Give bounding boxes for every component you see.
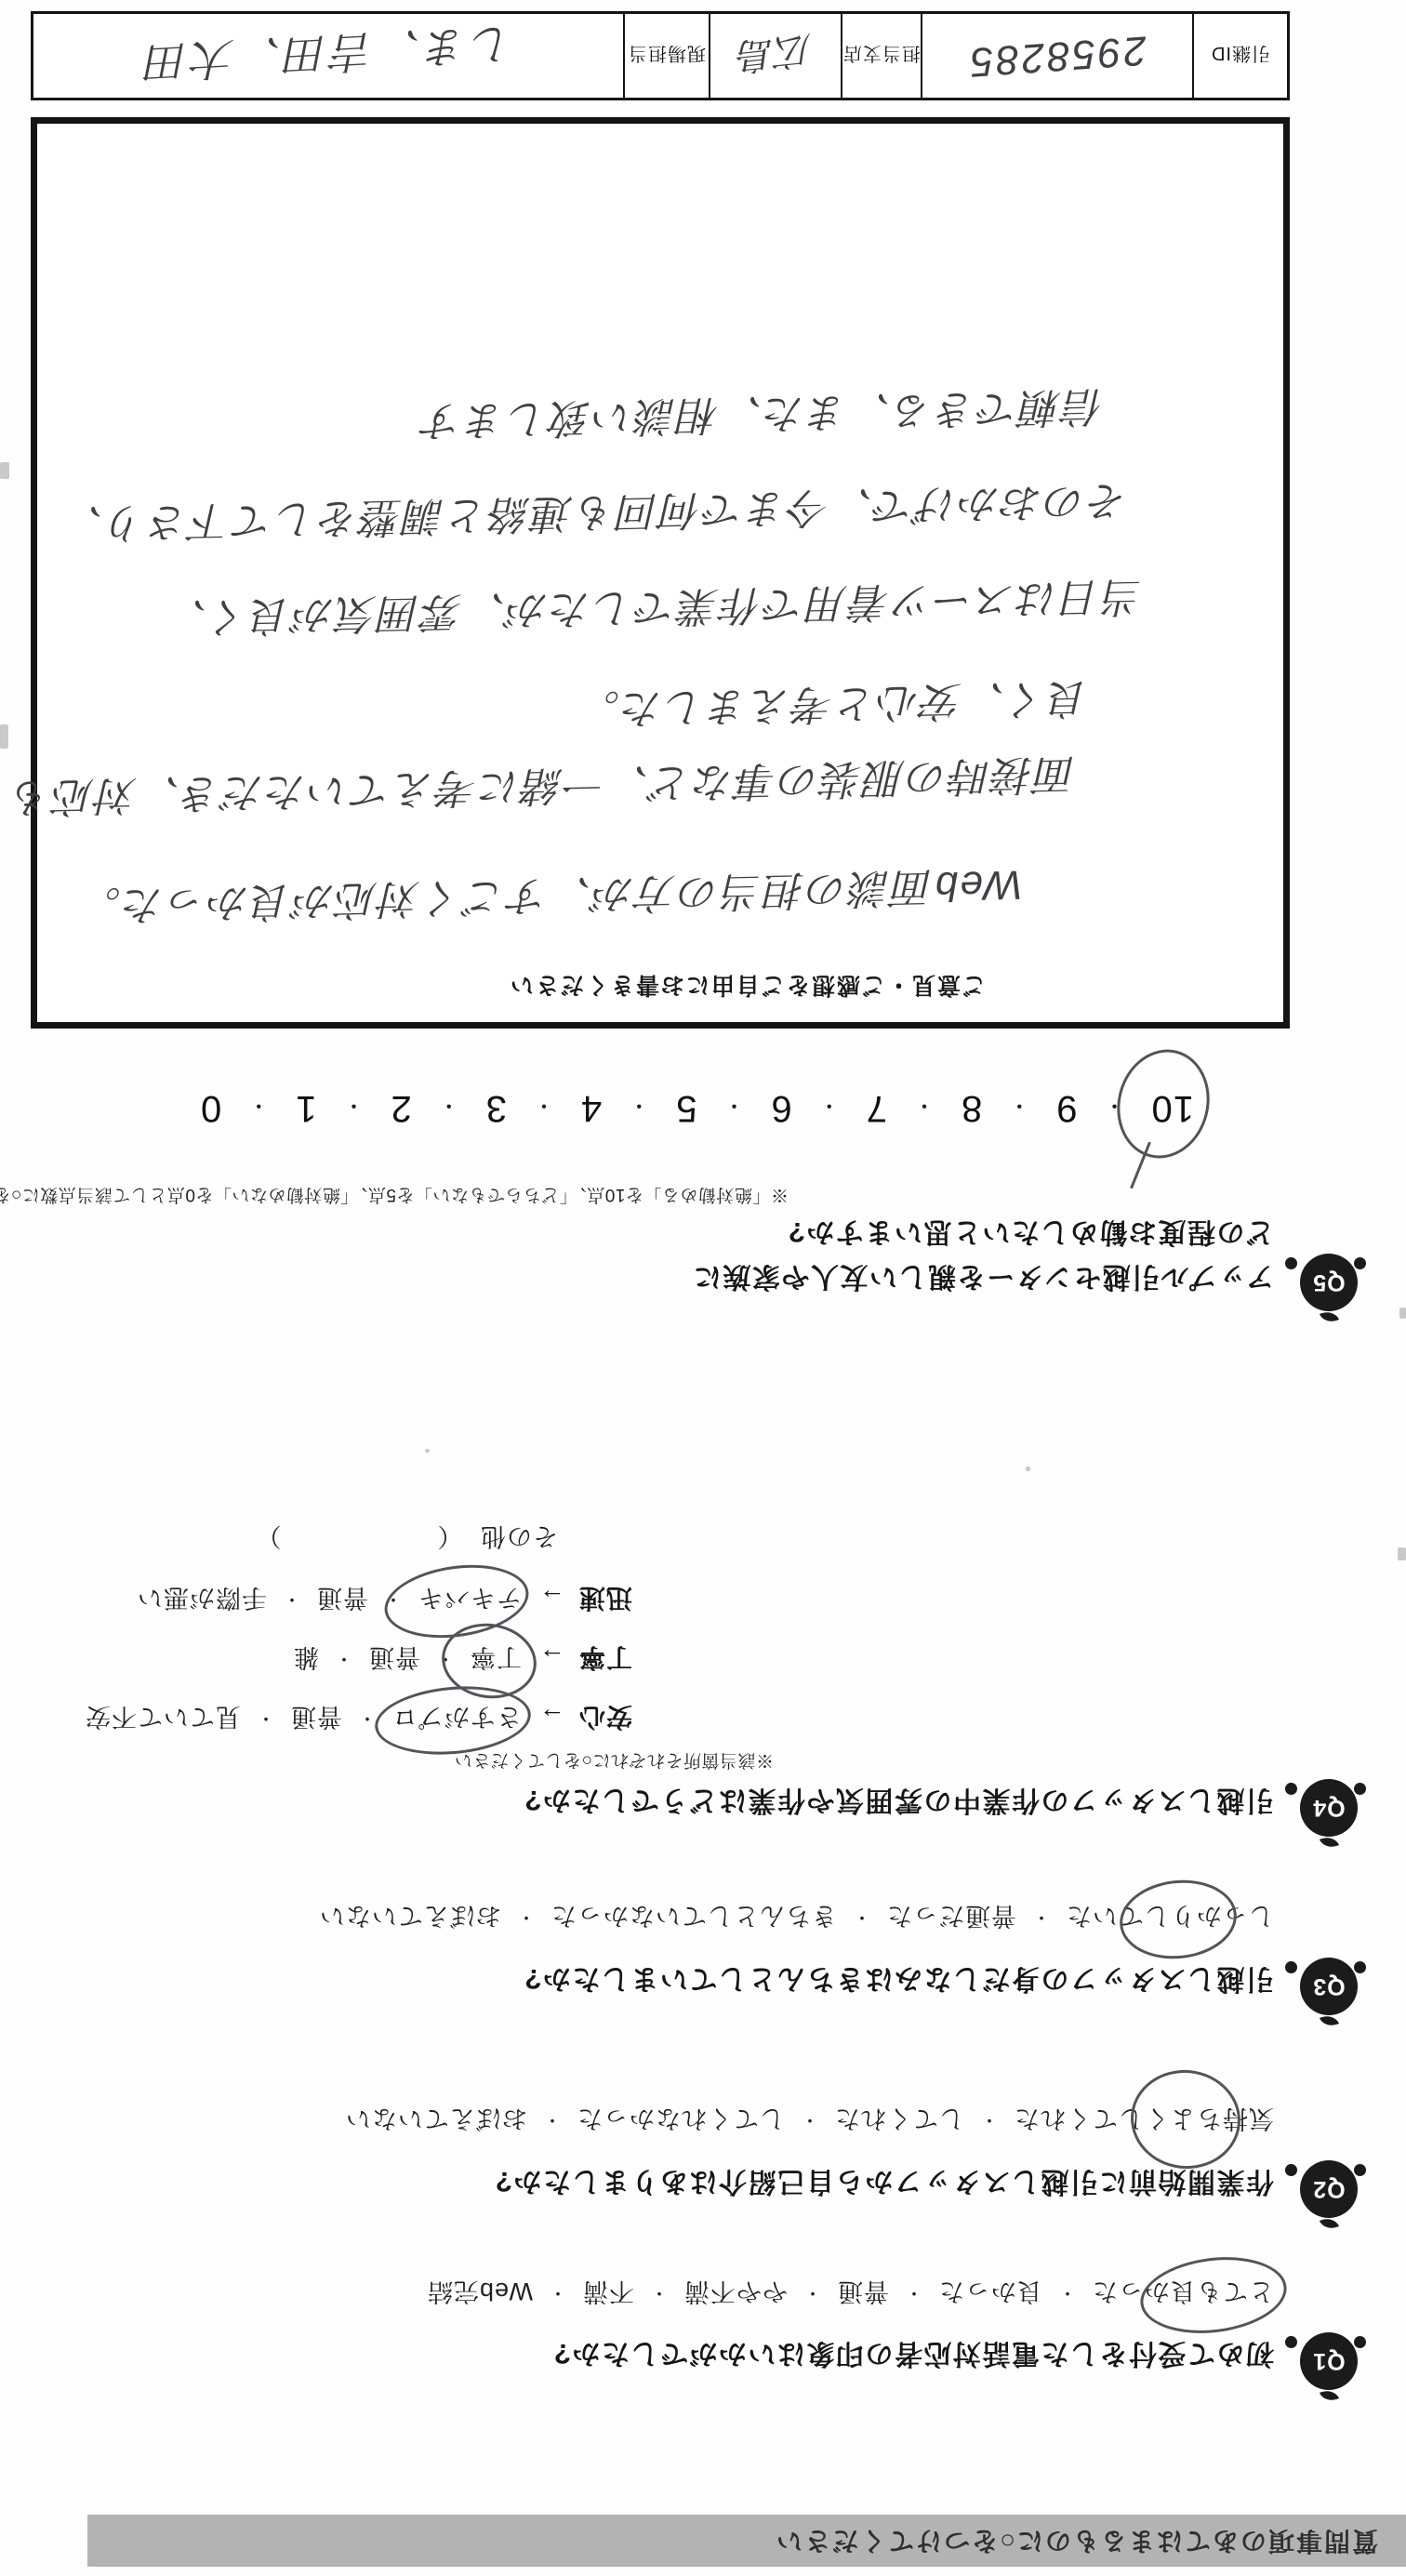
nps-value-1: 1 xyxy=(295,1087,316,1129)
q4-anshin-option-fuan: 見ていて不安 xyxy=(85,1701,241,1737)
q4-anshin-option-label: さすがプロ xyxy=(391,1703,522,1731)
scan-speck xyxy=(1026,1467,1030,1471)
nps-footnote: ※「絶対勧める」を10点、「どちらでもない」を5点、「絶対勧めない」を0点として… xyxy=(0,1184,789,1209)
comment-box: ご意見・ご感想をご自由にお書きください Web面談の担当の方が、すごく対応が良か… xyxy=(31,117,1290,1029)
scan-smudge xyxy=(0,462,9,479)
q4-other-paren-close: ） xyxy=(255,1522,281,1550)
q4-badge-label: Q4 xyxy=(1312,1795,1345,1822)
q2-option-shitekureta: してくれた xyxy=(834,2103,964,2139)
q1-option-fuman: 不満 xyxy=(582,2276,634,2312)
q1-option-yaya-fuman: やや不満 xyxy=(683,2276,788,2312)
nps-value-9: 9 xyxy=(1055,1087,1077,1129)
nps-value-0: 0 xyxy=(200,1087,221,1129)
q1-option-yokatta: 良かった xyxy=(938,2276,1042,2312)
q4-row-jinsoku-label: 迅速 xyxy=(578,1584,632,1613)
q1-option-futsuu: 普通 xyxy=(837,2276,889,2312)
branch-handwriting: 広島 xyxy=(736,25,816,86)
q4-other-label: その他 xyxy=(480,1522,558,1550)
q4-row-teinei: 丁寧→ 丁寧・普通・雑 xyxy=(293,1640,632,1678)
nps-scale: 10・9・8・7・6・5・4・3・2・1・0 xyxy=(200,1087,1194,1129)
handwritten-comment-line: 当日はスーツ着用で作業でしたが、雰囲気が良く、 xyxy=(164,570,1144,652)
scan-smudge xyxy=(0,724,8,749)
q4-row-anshin-label: 安心 xyxy=(578,1703,632,1732)
handover-id-label: 引継ID xyxy=(1192,14,1287,98)
q3-options: しっかりしていた・普通だった・きちんとしていなかった・おぼえていない xyxy=(319,1900,1274,1936)
q4-anshin-option-futsuu: 普通 xyxy=(290,1701,342,1737)
q4-teinei-option-zatsu: 雑 xyxy=(293,1641,319,1678)
branch-value: 広島 xyxy=(709,14,841,98)
q1-option-web-kanketsu: Web完結 xyxy=(427,2276,533,2312)
q4-anshin-option-sasuga-pro: さすがプロ xyxy=(391,1701,522,1737)
comment-box-label: ご意見・ご感想をご自由にお書きください xyxy=(509,970,986,1003)
option-separator: ・ xyxy=(548,2282,567,2303)
nps-value-10: 10 xyxy=(1151,1087,1195,1129)
handwritten-comment-line: 面接時の服装の事など、一緒に考えていただき、対応も xyxy=(8,748,1077,831)
instruction-title-bar: 質問事項のあてはまるものに○をつけてください xyxy=(87,2515,1406,2567)
branch-label: 担当支店 xyxy=(841,14,921,98)
q1-badge: Q1 xyxy=(1300,2332,1358,2390)
crew-label: 現場担当 xyxy=(623,14,709,98)
q5-badge: Q5 xyxy=(1300,1254,1358,1311)
nps-value-2: 2 xyxy=(391,1087,412,1129)
q4-teinei-option-teinei: 丁寧 xyxy=(470,1641,522,1678)
q4-jinsoku-option-label: テキパキ xyxy=(418,1584,522,1612)
q5-question-line2: どの程度お勧めしたいと思いますか? xyxy=(787,1215,1274,1255)
nps-separator: ・ xyxy=(532,1092,555,1124)
nps-separator: ・ xyxy=(817,1092,841,1124)
handover-id-value: 2958285 xyxy=(921,14,1192,98)
q2-badge: Q2 xyxy=(1300,2160,1358,2218)
nps-separator: ・ xyxy=(246,1092,270,1124)
q3-badge: Q3 xyxy=(1300,1958,1358,2015)
scan-speck xyxy=(425,1449,430,1453)
nps-value-5: 5 xyxy=(675,1087,696,1129)
handover-info-table: 引継ID 2958285 担当支店 広島 現場担当 しま、吉田、大田 xyxy=(31,11,1290,100)
q4-teinei-option-label: 丁寧 xyxy=(470,1643,522,1671)
crew-value: しま、吉田、大田 xyxy=(33,14,623,98)
q3-option-label: しっかりしていた xyxy=(1066,1902,1274,1930)
q4-jinsoku-option-tekipaki: テキパキ xyxy=(418,1582,522,1618)
handwritten-comment-line: そのおかげで、今まで何回も連絡と調整をして下さり、 xyxy=(60,474,1129,558)
option-separator: ・ xyxy=(1031,1906,1051,1927)
q3-option-kichinto-shiteinakatta: きちんとしていなかった xyxy=(550,1900,837,1936)
option-separator: ・ xyxy=(282,1588,301,1609)
option-separator: ・ xyxy=(800,2109,819,2130)
q4-row-teinei-label: 丁寧 xyxy=(578,1643,632,1672)
nps-value-8: 8 xyxy=(961,1087,982,1129)
q1-badge-label: Q1 xyxy=(1312,2348,1345,2375)
nps-value-7: 7 xyxy=(866,1087,887,1129)
nps-separator: ・ xyxy=(437,1092,460,1124)
q2-options: 気持ちよくしてくれた・してくれた・してくれなかった・おぼえていない xyxy=(345,2103,1274,2139)
scan-smudge xyxy=(1399,1308,1406,1319)
nps-separator: ・ xyxy=(627,1092,650,1124)
q5-badge-label: Q5 xyxy=(1312,1269,1345,1296)
q3-badge-label: Q3 xyxy=(1312,1973,1345,2000)
option-separator: ・ xyxy=(904,2282,923,2303)
q1-options: とても良かった・良かった・普通・やや不満・不満・Web完結 xyxy=(427,2276,1274,2312)
nps-value-6: 6 xyxy=(771,1087,792,1129)
questionnaire-sheet: 質問事項のあてはまるものに○をつけてください Q1 初めて受付をした電話対応者の… xyxy=(0,0,1406,2576)
q1-option-totemo-yokatta: とても良かった xyxy=(1092,2276,1274,2312)
option-separator: ・ xyxy=(334,1648,353,1668)
option-separator: ・ xyxy=(516,1906,536,1927)
q2-option-kimochiyoku: 気持ちよくしてくれた xyxy=(1014,2103,1274,2139)
q4-other-paren-open: （ xyxy=(436,1522,462,1550)
option-separator: ・ xyxy=(542,2109,562,2130)
q1-option-label: とても良かった xyxy=(1092,2277,1274,2305)
handwritten-pen-tail xyxy=(1130,1141,1151,1188)
nps-separator: ・ xyxy=(1103,1092,1126,1124)
option-separator: ・ xyxy=(357,1707,377,1728)
q1-question-text: 初めて受付をした電話対応者の印象はいかがでしたか? xyxy=(552,2336,1274,2377)
arrow-icon: → xyxy=(538,1703,565,1732)
arrow-icon: → xyxy=(538,1584,565,1613)
q2-question-text: 作業開始前に引越しスタッフから自己紹介はありましたか? xyxy=(494,2164,1274,2205)
q2-option-shitekurenakatta: してくれなかった xyxy=(577,2103,785,2139)
q3-option-shikkari: しっかりしていた xyxy=(1066,1900,1274,1936)
crew-handwriting: しま、吉田、大田 xyxy=(141,16,516,97)
option-separator: ・ xyxy=(1057,2282,1077,2303)
q4-row-jinsoku: 迅速→ テキパキ・普通・手際が悪い xyxy=(137,1581,632,1618)
nps-separator: ・ xyxy=(1007,1092,1030,1124)
arrow-icon: → xyxy=(538,1643,565,1672)
option-separator: ・ xyxy=(852,1906,871,1927)
nps-separator: ・ xyxy=(723,1092,746,1124)
q4-jinsoku-option-tegiwa-warui: 手際が悪い xyxy=(137,1582,267,1618)
scan-smudge xyxy=(1398,1547,1406,1560)
q4-row-anshin: 安心→ さすがプロ・普通・見ていて不安 xyxy=(85,1700,632,1737)
handover-id-handwriting: 2958285 xyxy=(966,26,1147,85)
q4-other-row: その他 （ ） xyxy=(255,1520,558,1557)
q4-jinsoku-option-futsuu: 普通 xyxy=(316,1582,368,1618)
q4-question-text: 引越しスタッフの作業中の雰囲気や作業はどうでしたか? xyxy=(524,1783,1274,1824)
nps-value-3: 3 xyxy=(485,1087,507,1129)
q2-option-oboeteinai: おぼえていない xyxy=(345,2103,527,2139)
q3-option-oboeteinai: おぼえていない xyxy=(319,1900,501,1936)
option-separator: ・ xyxy=(649,2282,669,2303)
q4-badge: Q4 xyxy=(1300,1779,1358,1837)
handwritten-comment-line: Web面談の担当の方が、すごく対応が良かった。 xyxy=(78,858,1024,939)
handwritten-comment-line: 良く、安心と考えました。 xyxy=(577,672,1090,743)
q2-badge-label: Q2 xyxy=(1312,2176,1345,2203)
handwritten-comment-line: 信頼できる、また、相談い致します xyxy=(419,380,1105,456)
q5-question-line1: アップル引越センターを親しい友人や家族に xyxy=(693,1259,1275,1300)
q2-option-label: 気持ちよくしてくれた xyxy=(1014,2105,1274,2132)
option-separator: ・ xyxy=(383,1588,403,1609)
nps-separator: ・ xyxy=(912,1092,935,1124)
q4-teinei-option-futsuu: 普通 xyxy=(368,1641,420,1678)
q4-note: ※該当箇所それぞれに○をしてください xyxy=(455,1749,774,1774)
option-separator: ・ xyxy=(435,1648,455,1668)
instruction-title-text: 質問事項のあてはまるものに○をつけてください xyxy=(775,2527,1378,2556)
scanned-questionnaire-screenshot: 質問事項のあてはまるものに○をつけてください Q1 初めて受付をした電話対応者の… xyxy=(0,0,1406,2576)
q3-question-text: 引越しスタッフの身だしなみはきちんとしていましたか? xyxy=(524,1961,1274,2002)
option-separator: ・ xyxy=(256,1707,275,1728)
q3-option-futsuu-datta: 普通だった xyxy=(886,1900,1016,1936)
nps-value-4: 4 xyxy=(580,1087,602,1129)
option-separator: ・ xyxy=(979,2109,999,2130)
nps-separator: ・ xyxy=(342,1092,365,1124)
nps-10-label: 10 xyxy=(1151,1088,1195,1129)
option-separator: ・ xyxy=(802,2282,822,2303)
